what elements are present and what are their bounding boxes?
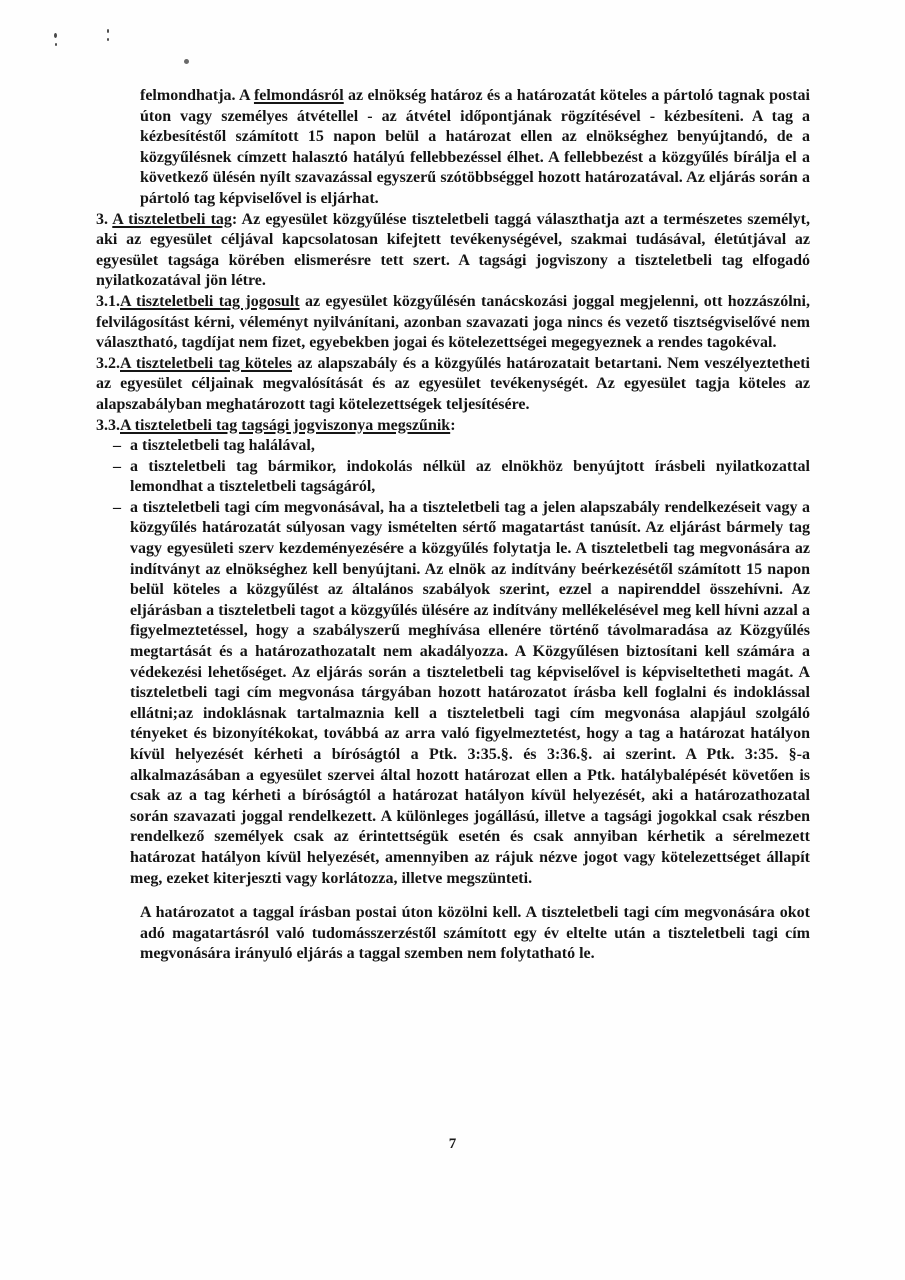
bullet-text: a tiszteletbeli tag bármikor, indokolás … xyxy=(130,457,810,498)
text-run: az elnökség határoz és a határozatát köt… xyxy=(140,87,810,207)
scanned-document-page: felmondhatja. A felmondásról az elnökség… xyxy=(0,0,905,1280)
text-run: a tiszteletbeli tag halálával, xyxy=(130,437,315,454)
text-run: 3.1. xyxy=(96,293,120,310)
underlined-text: felmondásról xyxy=(254,87,344,104)
text-run: a tiszteletbeli tagi cím megvonásával, h… xyxy=(130,499,810,887)
bullet-text: a tiszteletbeli tagi cím megvonásával, h… xyxy=(130,498,810,889)
text-run: : xyxy=(450,417,455,434)
scan-speck xyxy=(55,43,57,46)
page-number: 7 xyxy=(0,1136,905,1153)
bullet-item-3: –a tiszteletbeli tagi cím megvonásával, … xyxy=(113,498,810,889)
bullet-text: a tiszteletbeli tag halálával, xyxy=(130,436,810,457)
bullet-item-2: –a tiszteletbeli tag bármikor, indokolás… xyxy=(113,457,810,498)
bullet-item-1: –a tiszteletbeli tag halálával, xyxy=(113,436,810,457)
scan-speck xyxy=(54,33,57,38)
text-run: felmondhatja. A xyxy=(140,87,254,104)
text-run: 3. xyxy=(96,211,112,228)
bullet-dash: – xyxy=(113,498,130,889)
section-3: 3. A tiszteletbeli tag: Az egyesület köz… xyxy=(96,210,810,292)
underlined-text: A tiszteletbeli tag jogosult xyxy=(120,293,300,310)
underlined-text: A tiszteletbeli tag tagsági jogviszonya … xyxy=(120,417,450,434)
scan-speck xyxy=(107,29,109,33)
text-run: A határozatot a taggal írásban postai út… xyxy=(140,904,810,962)
underlined-text: A tiszteletbeli tag köteles xyxy=(120,355,292,372)
section-3-3: 3.3.A tiszteletbeli tag tagsági jogviszo… xyxy=(96,416,810,437)
text-run: 3.2. xyxy=(96,355,120,372)
scan-speck xyxy=(107,38,109,41)
underlined-text: A tiszteletbeli tag xyxy=(112,211,232,228)
bullet-dash: – xyxy=(113,436,130,457)
scan-speck xyxy=(184,59,189,64)
bullet-dash: – xyxy=(113,457,130,498)
document-content: felmondhatja. A felmondásról az elnökség… xyxy=(96,86,810,965)
section-3-1: 3.1.A tiszteletbeli tag jogosult az egye… xyxy=(96,292,810,354)
section-3-2: 3.2.A tiszteletbeli tag köteles az alaps… xyxy=(96,354,810,416)
closing-paragraph: A határozatot a taggal írásban postai út… xyxy=(140,903,810,965)
text-run: a tiszteletbeli tag bármikor, indokolás … xyxy=(130,458,810,496)
text-run: 3.3. xyxy=(96,417,120,434)
paragraph-continuation: felmondhatja. A felmondásról az elnökség… xyxy=(140,86,810,210)
